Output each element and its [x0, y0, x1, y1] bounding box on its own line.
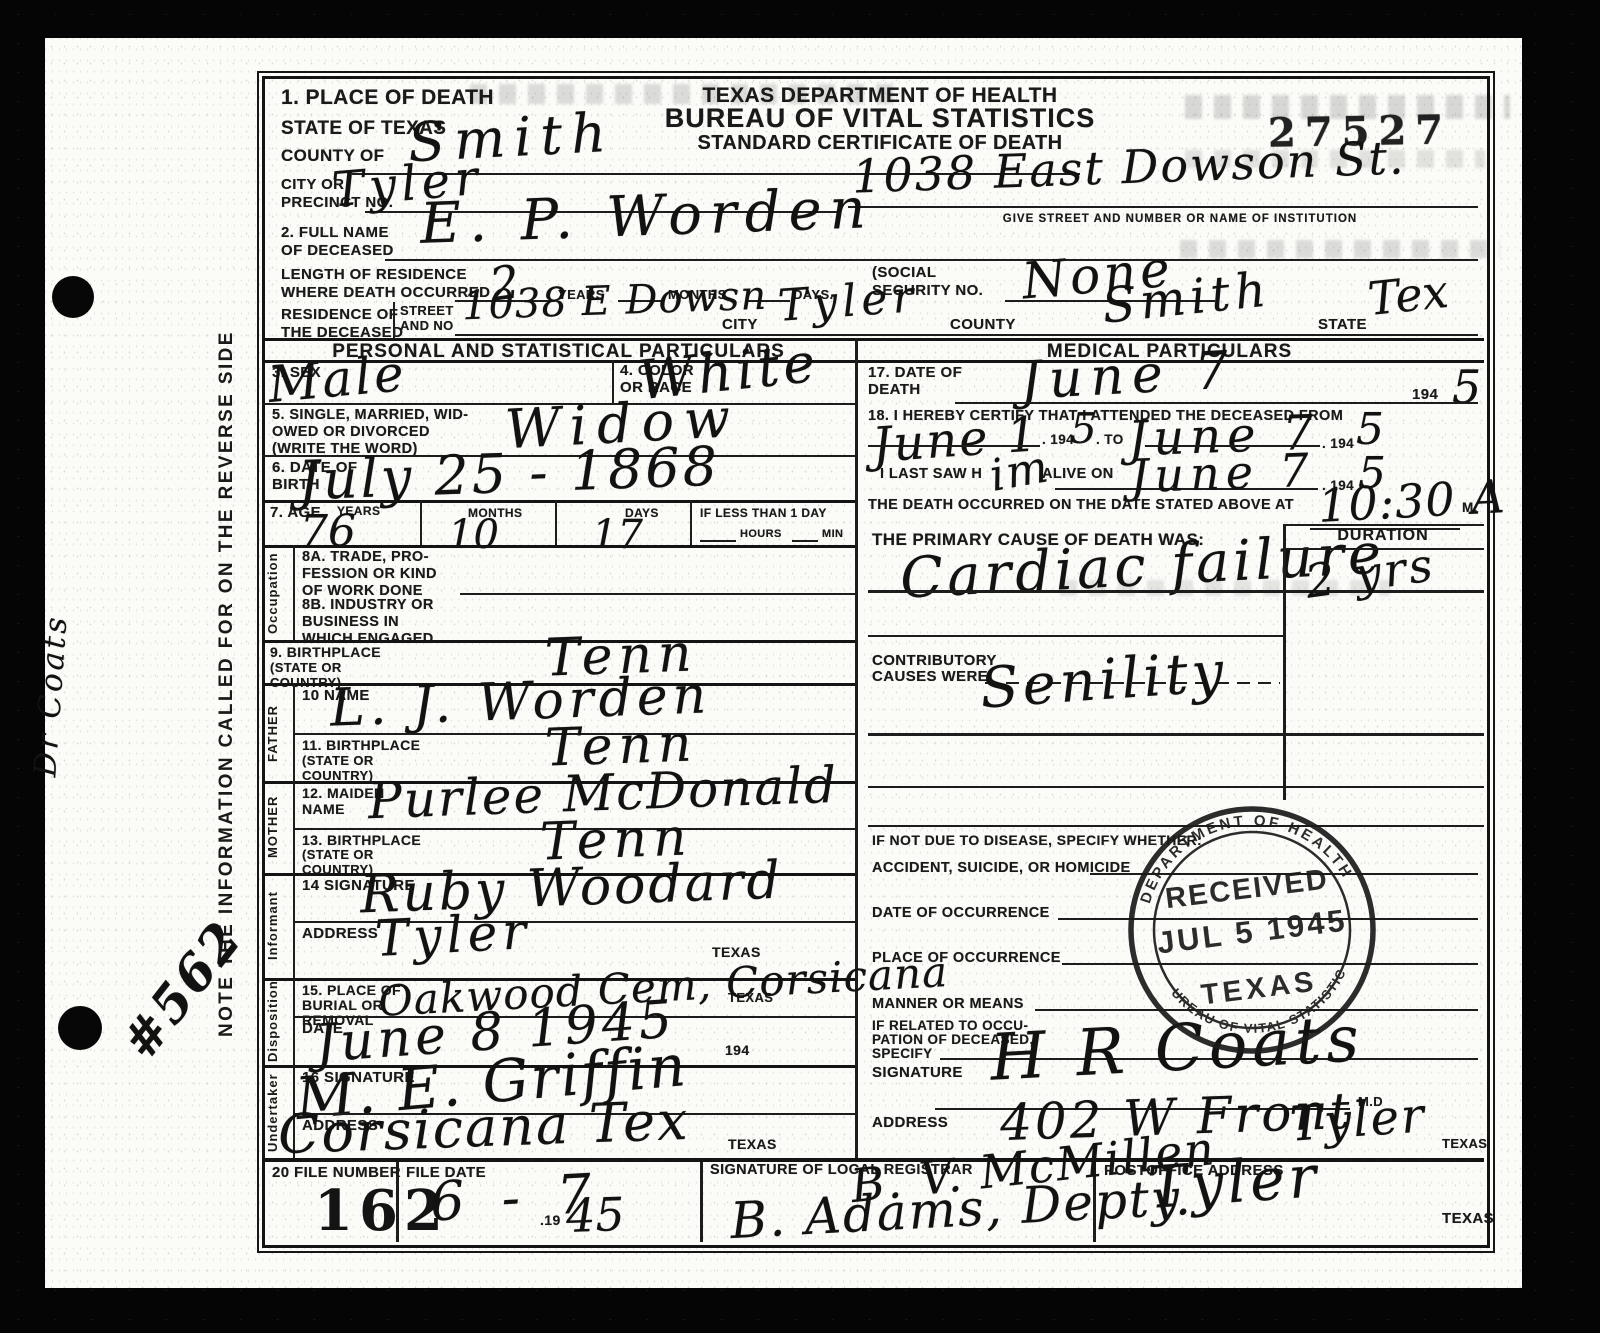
street-caption: GIVE STREET AND NUMBER OR NAME OF INSTIT…: [900, 213, 1460, 225]
rule: [385, 259, 1478, 261]
occupation-side-label: Occupation: [265, 548, 291, 638]
side-strip-divider: [293, 545, 295, 640]
physician-address-label: ADDRESS: [872, 1114, 948, 1131]
side-strip-divider: [293, 873, 295, 978]
am-label: M.: [1462, 500, 1478, 515]
industry-label-1: 8B. INDUSTRY OR: [302, 597, 434, 613]
file-date-year: 45: [565, 1187, 625, 1243]
punch-hole-bottom: [58, 1006, 102, 1050]
industry-label-2: BUSINESS IN: [302, 614, 399, 630]
punch-hole-top: [52, 276, 94, 318]
stamp-texas-text: TEXAS: [1199, 966, 1319, 1012]
date-of-death-value: June 7: [1019, 340, 1238, 411]
trade-label-1: 8A. TRADE, PRO-: [302, 549, 429, 565]
postoffice-value: Tyler: [1146, 1142, 1322, 1222]
death-time-label: THE DEATH OCCURRED ON THE DATE STATED AB…: [868, 497, 1294, 513]
received-stamp: DEPARTMENT OF HEALTH BUREAU OF VITAL STA…: [1105, 783, 1399, 1077]
place-of-death-label: 1. PLACE OF DEATH: [281, 86, 494, 110]
informant-side-label: Informant: [265, 876, 291, 975]
marital-label-2: OWED OR DIVORCED: [272, 424, 430, 440]
divider: [700, 1162, 703, 1242]
occupation-related-label-3: SPECIFY: [872, 1046, 933, 1061]
city2-label: CITY: [722, 316, 758, 333]
date-of-death-label-1: 17. DATE OF: [868, 364, 962, 381]
rule: [868, 733, 1484, 736]
min-label: MIN: [822, 528, 843, 540]
side-strip-divider: [293, 978, 295, 1065]
divider: [393, 302, 395, 338]
rule: [868, 786, 1484, 788]
texas-printed-label: TEXAS: [1442, 1136, 1487, 1151]
printed-194-label: . 194: [1322, 436, 1354, 451]
disposition-side-label: Disposition: [265, 981, 291, 1062]
printed-194-label: 194: [1412, 386, 1438, 403]
contributory-label-2: CAUSES WERE: [872, 668, 988, 685]
texas-printed-label: TEXAS: [1442, 1210, 1494, 1227]
city2-value: Tyler: [776, 271, 920, 332]
rule: [460, 593, 855, 595]
dept-title-line2: BUREAU OF VITAL STATISTICS: [600, 103, 1160, 134]
birthplace-label-1: 9. BIRTHPLACE: [270, 644, 381, 660]
fullname-label-2: OF DECEASED: [281, 242, 394, 259]
father-birthplace-label-2: (STATE OR: [302, 753, 374, 768]
residence-length-label-2: WHERE DEATH OCCURRED: [281, 284, 490, 301]
residence-label-1: RESIDENCE OF: [281, 306, 398, 323]
divider: [555, 500, 557, 545]
state2-label: STATE: [1318, 316, 1367, 333]
date-occurrence-label: DATE OF OCCURRENCE: [872, 905, 1050, 921]
physician-signature-label: SIGNATURE: [872, 1064, 963, 1081]
rule: [1283, 524, 1484, 526]
county2-label: COUNTY: [950, 316, 1016, 333]
rule: [868, 635, 1283, 637]
to-label: . TO: [1096, 432, 1124, 447]
residence-length-label-1: LENGTH OF RESIDENCE: [281, 266, 467, 283]
trade-label-2: FESSION OR KIND: [302, 566, 437, 582]
age-months-value: 10: [448, 512, 499, 558]
last-saw-label-2: ALIVE ON: [1042, 466, 1114, 482]
father-side-label: FATHER: [265, 688, 291, 778]
rule: [792, 540, 818, 542]
side-strip-divider: [293, 781, 295, 873]
age-less-than-day-label: IF LESS THAN 1 DAY: [700, 506, 827, 520]
rule: [955, 402, 1478, 404]
rule: [848, 206, 1478, 208]
father-birthplace-label-1: 11. BIRTHPLACE: [302, 737, 420, 753]
rule: [262, 500, 855, 503]
marital-label-1: 5. SINGLE, MARRIED, WID-: [272, 407, 469, 423]
informant-address-value: Tyler: [374, 902, 533, 968]
mother-birthplace-label-1: 13. BIRTHPLACE: [302, 832, 421, 848]
age-days-value: 17: [592, 512, 643, 558]
texas-printed-label: TEXAS: [728, 1136, 777, 1152]
side-strip-divider: [293, 683, 295, 781]
printed-19-label: .19: [540, 1212, 561, 1228]
duration-box-border: [1283, 524, 1286, 800]
rule: [455, 334, 1478, 336]
divider: [690, 500, 692, 545]
mother-birthplace-label-2: (STATE OR: [302, 847, 374, 862]
maiden-name-label-2: NAME: [302, 801, 345, 817]
last-saw-value: June 7: [1129, 443, 1316, 503]
rule: [700, 540, 736, 542]
date-of-death-label-2: DEATH: [868, 381, 921, 398]
scanned-death-certificate: NOTE THE INFORMATION CALLED FOR ON THE R…: [0, 0, 1600, 1333]
street-no-label-2: AND NO: [400, 318, 454, 333]
date-of-death-year: 5: [1452, 360, 1481, 414]
state2-value: Tex: [1365, 264, 1450, 326]
column-divider: [855, 338, 858, 1160]
fullname-label-1: 2. FULL NAME: [281, 224, 389, 241]
informant-address-label: ADDRESS: [302, 925, 378, 942]
duration-label: DURATION: [1283, 527, 1483, 545]
printed-194-label: 194: [725, 1042, 750, 1058]
birthplace-label-2: (STATE OR: [270, 660, 342, 675]
hours-label: HOURS: [740, 528, 782, 540]
street-no-label-1: STREET: [400, 303, 454, 318]
mother-side-label: MOTHER: [265, 784, 291, 870]
rule: [262, 545, 855, 548]
last-saw-label-1: I LAST SAW H: [880, 466, 982, 482]
rule: [262, 360, 1484, 363]
divider: [420, 500, 422, 545]
attended-from-year: 5: [1070, 404, 1097, 453]
